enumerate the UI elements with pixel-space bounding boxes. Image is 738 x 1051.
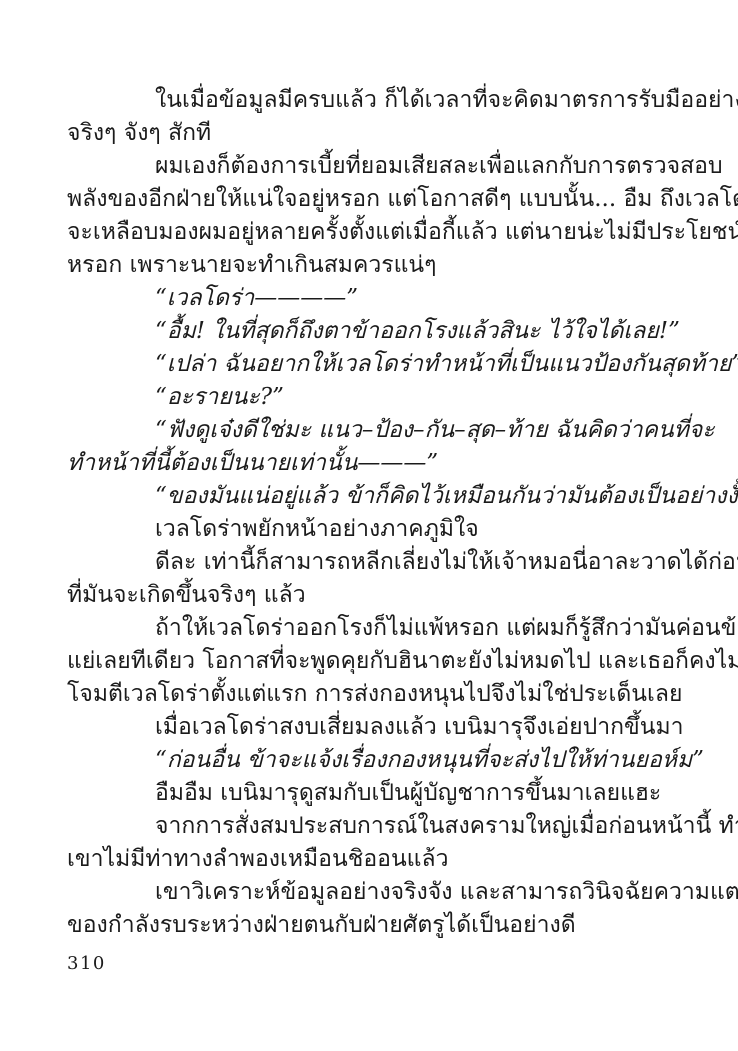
page-number: 310	[67, 952, 106, 976]
text-line: หรอก เพราะนายจะทำเกินสมควรแน่ๆ	[67, 249, 673, 282]
text-line: ที่มันจะเกิดขึ้นจริงๆ แล้ว	[67, 579, 673, 612]
dialogue-line: “ของมันแน่อยู่แล้ว ข้าก็คิดไว้เหมือนกันว…	[67, 480, 673, 513]
text-line: เขาไม่มีท่าทางลำพองเหมือนชิออนแล้ว	[67, 843, 673, 876]
book-page: ในเมื่อข้อมูลมีครบแล้ว ก็ได้เวลาที่จะคิด…	[0, 0, 738, 1051]
text-line: เขาวิเคราะห์ข้อมูลอย่างจริงจัง และสามารถ…	[67, 876, 673, 909]
text-line: จริงๆ จังๆ สักที	[67, 117, 673, 150]
text-line: ของกำลังรบระหว่างฝ่ายตนกับฝ่ายศัตรูได้เป…	[67, 909, 673, 942]
text-line: เวลโดร่าพยักหน้าอย่างภาคภูมิใจ	[67, 513, 673, 546]
text-line: เมื่อเวลโดร่าสงบเสี่ยมลงแล้ว เบนิมารุจึง…	[67, 711, 673, 744]
dialogue-line: “อื้ม! ในที่สุดก็ถึงตาข้าออกโรงแล้วสินะ …	[67, 315, 673, 348]
text-line: จะเหลือบมองผมอยู่หลายครั้งตั้งแต่เมื่อกี…	[67, 216, 673, 249]
text-line: อืมอืม เบนิมารุดูสมกับเป็นผู้บัญชาการขึ้…	[67, 777, 673, 810]
text-line: พลังของอีกฝ่ายให้แน่ใจอยู่หรอก แต่โอกาสด…	[67, 183, 673, 216]
dialogue-line: “ก่อนอื่น ข้าจะแจ้งเรื่องกองหนุนที่จะส่ง…	[67, 744, 673, 777]
text-line: แย่เลยทีเดียว โอกาสที่จะพูดคุยกับฮินาตะย…	[67, 645, 673, 678]
text-line: โจมตีเวลโดร่าตั้งแต่แรก การส่งกองหนุนไปจ…	[67, 678, 673, 711]
dialogue-line: “ฟังดูเจ๋งดีใช่มะ แนว–ป้อง–กัน–สุด–ท้าย …	[67, 414, 673, 447]
text-line: ในเมื่อข้อมูลมีครบแล้ว ก็ได้เวลาที่จะคิด…	[67, 84, 673, 117]
dialogue-line: “เปล่า ฉันอยากให้เวลโดร่าทำหน้าที่เป็นแน…	[67, 348, 673, 381]
text-line: จากการสั่งสมประสบการณ์ในสงครามใหญ่เมื่อก…	[67, 810, 673, 843]
dialogue-line: “เวลโดร่า————”	[67, 282, 673, 315]
text-line: ถ้าให้เวลโดร่าออกโรงก็ไม่แพ้หรอก แต่ผมก็…	[67, 612, 673, 645]
text-line: ผมเองก็ต้องการเบี้ยที่ยอมเสียสละเพื่อแลก…	[67, 150, 673, 183]
text-block: ในเมื่อข้อมูลมีครบแล้ว ก็ได้เวลาที่จะคิด…	[67, 84, 673, 942]
text-line: ดีละ เท่านี้ก็สามารถหลีกเลี่ยงไม่ให้เจ้า…	[67, 546, 673, 579]
dialogue-line: “อะรายนะ?”	[67, 381, 673, 414]
dialogue-line: ทำหน้าที่นี้ต้องเป็นนายเท่านั้น———”	[67, 447, 673, 480]
